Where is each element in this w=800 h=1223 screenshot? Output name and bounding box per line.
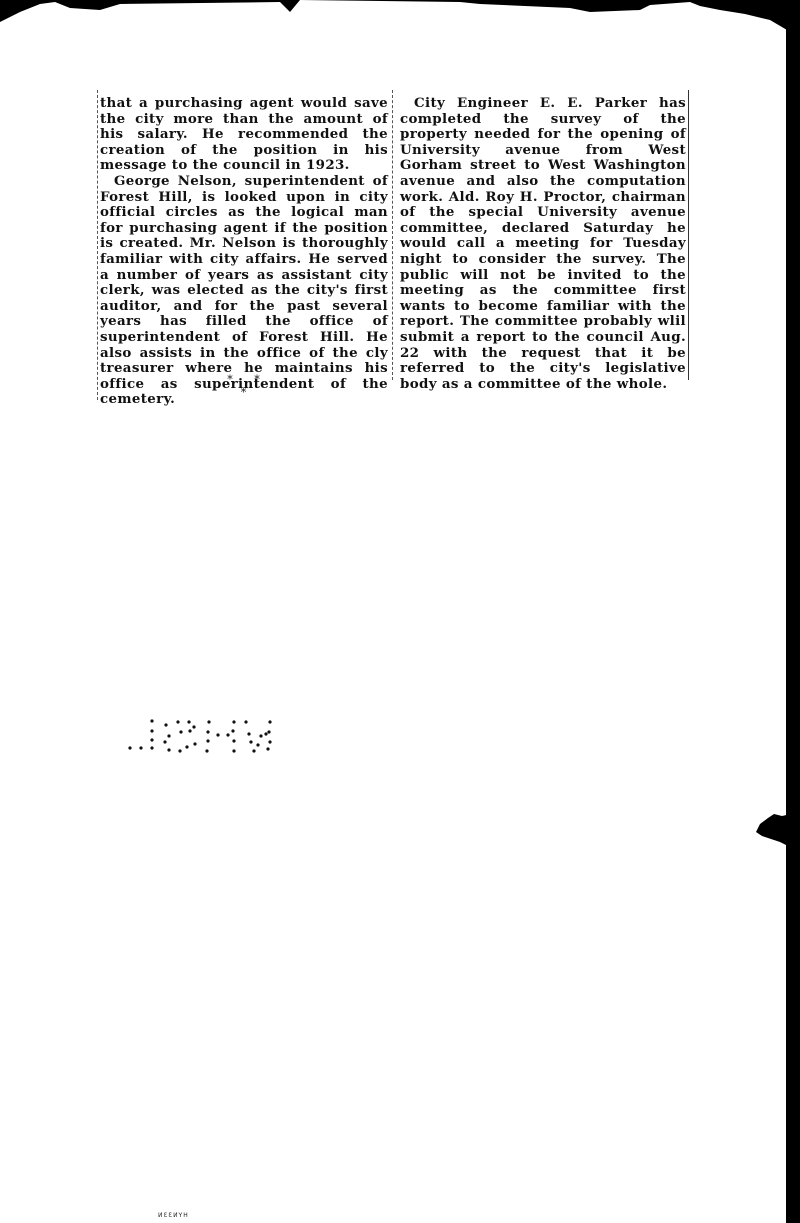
perforation-stamp-icon [125, 718, 285, 763]
right-paragraph-1: City Engineer E. E. Parker has completed… [400, 96, 686, 392]
scan-border-top [0, 0, 800, 40]
section-separator: * * * [218, 373, 278, 399]
left-paragraph-1: that a purchasing agent would save the c… [100, 96, 388, 174]
left-column: that a purchasing agent would save the c… [100, 96, 388, 408]
column-rule-middle [392, 90, 393, 380]
page-tear-mark [752, 812, 800, 852]
footer-mark: HYN33N [157, 1212, 188, 1219]
column-rule-left [97, 90, 98, 400]
scan-border-right [786, 0, 800, 1223]
right-column: City Engineer E. E. Parker has completed… [400, 96, 686, 392]
column-rule-right [688, 90, 689, 380]
